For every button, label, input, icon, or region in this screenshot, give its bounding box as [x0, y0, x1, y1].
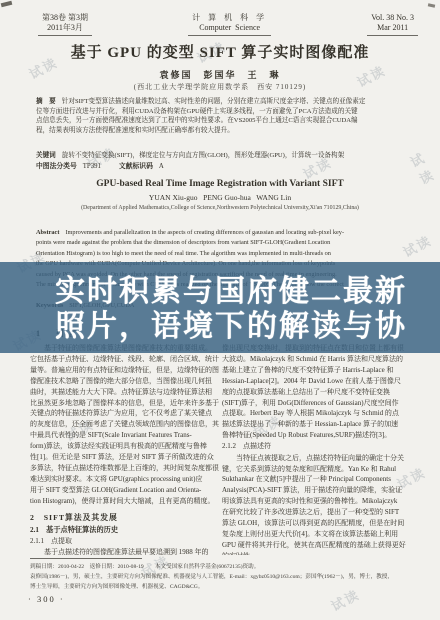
text-line: tion Histogram)，使得计算时间大大缩减，且有更高的精度。: [30, 496, 219, 507]
keywords-cn: 旋转不变特征变换(SIFT)，梯度定位与方向直方图(GLOH)，图形处理器(GP…: [62, 152, 344, 159]
text-line: 在研究比较了许多改进算法之后，提出了一种变型的 SIFT: [222, 507, 426, 518]
abstract-en-first-line: AbstractImprovements and parallelization…: [36, 228, 410, 238]
footnote-lines: 到稿日期：2010-04-22 返修日期：2010-08-19 本文受国家自然科…: [30, 562, 424, 592]
abstract-label-en: Abstract: [36, 229, 59, 236]
text-line: form)算法，该算法经实践证明具有极高的匹配精度与鲁棒: [30, 441, 219, 452]
text-line: 博士生导师，主要研究方向为图形图像处理、机器视觉、CAGD&CG。: [30, 582, 424, 592]
authors-cn: 袁修国 彭国华 王 琳: [0, 68, 440, 81]
text-line: 到稿日期：2010-04-22 返修日期：2010-08-19 本文受国家自然科…: [30, 562, 424, 572]
text-line: GPU 硬件将其并行化，使其在高匹配精度的基础上获得更好: [222, 540, 426, 551]
text-line: 性[1]。但无论是 SIFT 算法，还是对 SIFT 算子所做改进的众: [30, 452, 219, 463]
abstract-en-text: Improvements and parallelization in the …: [65, 229, 344, 236]
overlay-banner-line1: 实时积累与国府健二最新: [55, 274, 440, 309]
clc-line: 中图法分类号TP391文献标识码A: [36, 160, 410, 170]
right-column-lines-2: 当特征点被提取之后，点描述符特征向量的确定十分关键，它关系到算法的复杂度和匹配精…: [222, 453, 426, 555]
section-2-1-2-heading: 2.1.2 点描述符: [222, 441, 426, 453]
text-line: 多算法，特征点描述符维数都是上百维的，其时间复杂度都很: [30, 463, 219, 474]
right-column: 像出现尺度变换时，提取到的特征点在数目和位置上都有很大波动。Mikolajczy…: [222, 343, 426, 555]
section-2-1-heading: 2.1 基于点特征算法的历史: [30, 524, 219, 536]
page-number: · 300 ·: [28, 594, 65, 604]
text-line: 当特征点被提取之后，点描述符特征向量的确定十分关: [222, 453, 426, 464]
text-line: 大波动。Mikolajczyk 和 Schmid 在 Harris 算法和尺度算…: [222, 354, 426, 365]
header-volume-issue-cn: 第38卷 第3期2011年3月: [38, 13, 92, 36]
clc-label: 中图法分类号: [36, 163, 77, 170]
text-line: 像配准技术忽略了图像的绝大部分信息，当图像出现几何扭: [30, 376, 219, 387]
text-line: 点信息丢失，另一方面使得配准速度达到了工程中的实时性要求。在VS2005平台上通…: [36, 116, 410, 126]
volume-issue-cn: 第38卷 第3期: [42, 13, 88, 22]
text-line: 它包括基于点特征、边缘特征、线段、轮廓、闭合区域、统计: [30, 354, 219, 365]
text-line: 鲁棒特征(Speeded Up Robust Features,SURF)描述符…: [222, 430, 426, 441]
doc-code-value: A: [159, 163, 164, 170]
section-2-heading: 2 SIFT算法及其发展: [30, 511, 219, 524]
text-line: 基础上建立了鲁棒的尺度不变特征算子 Harris-Laplace 和: [222, 365, 426, 376]
abstract-cn-text: 针对SIFT变型算法描述向量维数过高、实时性差的问题，分别在建立高斯尺度金字塔、…: [62, 98, 366, 105]
text-line: 位等方面进行改进与并行化，利用CUDA设备构架在GPU硬件上实现多线程，一方面避…: [36, 107, 410, 117]
text-line: (SIFT)算子，利用 DoG(Differences of Gaussian)…: [222, 398, 426, 409]
text-line: Analysis(PCA)-SIFT 算法，用于描述符向量的降维，实验证: [222, 485, 426, 496]
text-line: 点提取。Herbert Bay 等人根据 Mikolajczyk 与 Schmi…: [222, 408, 426, 419]
text-line: 的实时性。: [222, 551, 426, 555]
journal-header: 第38卷 第3期2011年3月 计 算 机 科 学Computer Scienc…: [38, 13, 418, 36]
authors-en: YUAN Xiu-guo PENG Guo-hua WANG Lin: [0, 193, 440, 202]
text-line: 中最具代表性的是 SIFT(Scale Invariant Features T…: [30, 430, 219, 441]
text-line: 复杂度上则付出更大代价[4]。本文将在该算法基础上利用: [222, 529, 426, 540]
text-line: 程，结果表明该方法使得配准速度和实时匹配正确率都有较大提升。: [36, 126, 410, 136]
text-line: 的灰度信息，还全面考虑了关键点领域范围内的图像信息，其: [30, 419, 219, 430]
left-column-last-line: 基于点描述符的图像配准算法最早要追溯到 1988 年的: [30, 547, 219, 555]
journal-name-en: Computer Science: [199, 23, 260, 32]
clc-value: TP391: [83, 163, 101, 170]
affiliation-en: (Department of Applied Mathematics,Colle…: [0, 205, 440, 211]
overlay-banner-text: 实时积累与国府健二最新 照片，语境下的解读与协: [0, 262, 440, 344]
abstract-cn-first-line: 摘 要针对SIFT变型算法描述向量维数过高、实时性差的问题，分别在建立高斯尺度金…: [36, 97, 410, 107]
text-line: 键，它关系到算法的复杂度和匹配精度。Yan Ke 和 Rahul: [222, 464, 426, 475]
overlay-banner: 实时积累与国府健二最新 照片，语境下的解读与协: [0, 262, 440, 353]
text-line: points were made against the problem tha…: [36, 238, 410, 248]
header-volume-en: Vol. 38 No. 3Mar 2011: [367, 13, 418, 36]
date-en: Mar 2011: [377, 23, 408, 32]
right-column-lines: 像出现尺度变换时，提取到的特征点在数目和位置上都有很大波动。Mikolajczy…: [222, 343, 426, 441]
text-line: 算法 GLOH，该算法可以得到更高的匹配精度，但是在时间: [222, 518, 426, 529]
overlay-banner-line2: 照片，语境下的解读与协: [55, 309, 440, 344]
text-line: 量等。普遍应用的有点特征和边缘特征，但是，边缘特征的图: [30, 365, 219, 376]
text-line: 描述算法提出了一种新的基于 Hessian-Laplace 算子的加速: [222, 419, 426, 430]
text-line: 袁修国(1986－)，男，硕士生，主要研究方向为图像配准、机器视觉与人工智能，E…: [30, 572, 424, 582]
abstract-cn-lines: 位等方面进行改进与并行化，利用CUDA设备构架在GPU硬件上实现多线程，一方面避…: [36, 107, 410, 136]
paper-title-en: GPU-based Real Time Image Registration w…: [0, 179, 440, 189]
text-line: Hessian-Laplace[2]。2004 年 David Lowe 在前人…: [222, 376, 426, 387]
date-cn: 2011年3月: [47, 23, 83, 32]
scan-artifact-top-right: [428, 3, 435, 7]
left-column-lines: 基于特征的图像配准算法是图像配准技术的重要组成。它包括基于点特征、边缘特征、线段…: [30, 343, 219, 507]
journal-page: 试读试读试读试读试读试读试读试读试读试读试读试读试读试读 第38卷 第3期201…: [0, 0, 440, 620]
text-line: 明该算法具有更高的实时性和更强的鲁棒性。Mikolajczyk: [222, 496, 426, 507]
paper-title-cn: 基于 GPU 的变型 SIFT 算子实时图像配准: [0, 41, 440, 62]
header-journal-name: 计 算 机 科 学Computer Science: [188, 13, 271, 36]
text-line: Sukthankar 在文献[5]中提出了一种 Principal Compon…: [222, 474, 426, 485]
scan-artifact-top-left: [1, 1, 13, 8]
abstract-label-cn: 摘 要: [36, 98, 56, 105]
keywords-label-cn: 关键词: [36, 152, 56, 159]
volume-en: Vol. 38 No. 3: [371, 13, 414, 22]
text-line: 曲时，其描述能力大大下降。点特征算法与边缘特征算法相: [30, 387, 219, 398]
text-line: 关键点的特征描述符算法广为应用，它不仅考虑了某关键点: [30, 408, 219, 419]
left-column: 基于特征的图像配准算法是图像配准技术的重要组成。它包括基于点特征、边缘特征、线段…: [30, 343, 219, 555]
section-2-1-1-heading: 2.1.1 点提取: [30, 536, 219, 548]
text-line: Orientation Histogram) is too high to me…: [36, 249, 410, 259]
journal-name-cn: 计 算 机 科 学: [192, 13, 267, 22]
affiliation-cn: (西北工业大学理学院应用数学系 西安 710129): [0, 82, 440, 92]
keywords-cn-line: 关键词旋转不变特征变换(SIFT)，梯度定位与方向直方图(GLOH)，图形处理器…: [36, 149, 410, 159]
footnote: 到稿日期：2010-04-22 返修日期：2010-08-19 本文受国家自然科…: [30, 558, 424, 592]
text-line: 比虽然更多地忽略了图像样本的信息，但是，近年来许多基于: [30, 398, 219, 409]
footnote-rule: [30, 558, 142, 559]
text-line: 用于 SIFT 变型算法 GLOH(Gradient Location and …: [30, 485, 219, 496]
abstract-cn: 摘 要针对SIFT变型算法描述向量维数过高、实时性差的问题，分别在建立高斯尺度金…: [36, 97, 410, 135]
text-line: 度的点提取算法基础上总结出了一种尺度不变特征变换: [222, 387, 426, 398]
doc-code-label: 文献标识码: [119, 163, 153, 170]
text-line: 难达到实时要求。本文将 GPU(graphics processing unit…: [30, 474, 219, 485]
